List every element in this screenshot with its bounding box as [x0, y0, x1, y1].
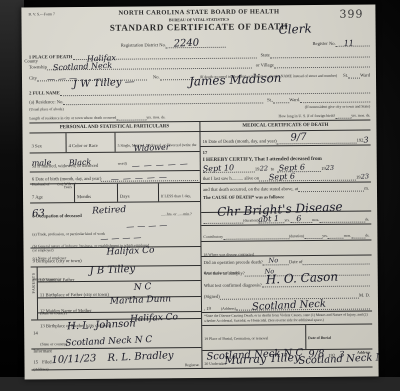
operation-label: Did an operation precede death?: [204, 260, 263, 266]
dod-line: 9/7: [277, 142, 357, 144]
father-value: J B Tilley: [90, 264, 136, 275]
filed-number: 15: [33, 359, 38, 364]
duration-ds-label: ds.: [365, 218, 369, 223]
age-months-cell: Months: [75, 183, 118, 201]
attended-to-value: Sept 6: [279, 163, 305, 171]
certify-block: 17 I HEREBY CERTIFY, That I attended dec…: [201, 145, 371, 183]
married-to-row: 5a If married, widowed, or divorced Husb…: [30, 152, 200, 172]
dod-year-printed: 192: [357, 138, 364, 144]
personal-column: PERSONAL AND STATISTICAL PARTICULARS 3 S…: [29, 122, 202, 369]
village-label: or Village: [256, 63, 274, 69]
sex-cell: 3 Sex male: [29, 133, 66, 152]
length-text: Length of residence in city or town wher…: [29, 116, 116, 121]
to-year-value: 23: [326, 166, 335, 172]
certificate-title: STANDARD CERTIFICATE OF DEATH: [29, 21, 370, 35]
contributory-row: Contributory (duration) yrs. mos. ds.: [201, 225, 371, 242]
operation-value: No: [269, 258, 279, 264]
age-years-cell: 7 Age Years 63: [30, 184, 75, 202]
photo-background: B. V. S.—Form 7 399 NORTH CAROLINA STATE…: [0, 0, 400, 391]
m-label: m.: [364, 185, 369, 191]
township-label: Township: [29, 65, 47, 71]
contrib-ds-line: [351, 237, 365, 238]
cause-label: The CAUSE OF DEATH* was as follows:: [203, 194, 284, 200]
father-bp-value: N C: [134, 283, 152, 292]
dob-label: 6 Date of birth (month, day, and year): [32, 176, 102, 182]
signed-address-row: , 19 (Address) Scotland Neck: [202, 299, 372, 313]
full-name-row: 2 FULL NAME J W Tilley — James Madison: [29, 80, 370, 97]
birthplace-label: 9 Birthplace (city or town): [33, 258, 82, 263]
dod-value: 9/7: [290, 132, 306, 142]
reg-district-label: Registration District No.: [121, 43, 166, 49]
occupation-label: 8 Occupation of deceased: [32, 213, 82, 218]
duration-mos-label: mos.: [312, 218, 319, 223]
color-cell: 4 Color or Race Black: [66, 133, 115, 152]
full-name-label: 2 FULL NAME: [29, 90, 60, 96]
contrib-yrs-line: [304, 238, 322, 239]
how-long-units: yrs. mos. ds.: [351, 114, 370, 119]
township-value: Scotland Neck: [53, 62, 112, 72]
informant-address-value: Scotland Neck N C: [65, 335, 152, 347]
contributory-label: Contributory: [203, 235, 223, 240]
sex-label: 3 Sex: [32, 144, 42, 149]
registrar-label: Registrar.: [185, 363, 200, 368]
clerk-handwriting: Clerk: [278, 23, 312, 35]
undertaker-address-value: Scotland Neck N C: [298, 352, 378, 365]
photo-edge-shade: [0, 0, 24, 391]
how-long-us-text: How long in U. S. if of foreign birth?: [278, 114, 335, 119]
color-label: 4 Color or Race: [69, 143, 98, 148]
contrib-mos-line: [328, 237, 344, 238]
certificate-header: B. V. S.—Form 7 399 NORTH CAROLINA STATE…: [28, 8, 369, 41]
age-row: 7 Age Years 63 Months Days If LESS than …: [30, 183, 200, 203]
st-line: [348, 78, 360, 79]
marital-value: Widower: [133, 144, 169, 153]
informant-value: H. L. Johnson: [67, 319, 136, 331]
residence-ward-label: Ward.: [289, 97, 300, 103]
duration-ds-line: [319, 222, 365, 223]
form-number: B. V. S.—Form 7: [28, 12, 54, 17]
burial-place-cell: 19 Place of Burial, Cremation, or remova…: [202, 325, 306, 350]
occupation-block: 8 Occupation of deceased (a) Trade, prof…: [30, 202, 200, 248]
filed-label: Filed: [42, 359, 51, 364]
length-units: yrs. mos. ds.: [146, 116, 165, 121]
last-saw-year-value: 23: [360, 174, 369, 180]
occupation-a-value: Retired: [92, 206, 126, 216]
signed-address-line: Scotland Neck: [236, 309, 370, 311]
filed-date-value: 10/11/23: [51, 354, 96, 365]
duration-yrs-line: abt 1: [258, 222, 284, 223]
dob-line: —————: [101, 180, 198, 182]
father-name-row: 10 Name of Father J B Tilley: [38, 266, 201, 282]
medical-column: MEDICAL CERTIFICATE OF DEATH 16 Date of …: [200, 121, 372, 368]
dod-label: 16 Date of Death (month, day, and year): [203, 138, 277, 144]
informant-number: 14: [33, 330, 38, 335]
marital-cell: 5 Single, Married, Widowed, or Divorced …: [115, 132, 199, 152]
ward-label: Ward: [360, 73, 370, 79]
residence-label: (a) Residence: No.: [29, 99, 63, 105]
informant-row: 14 Informant H. L. Johnson (Address) Sco…: [31, 319, 201, 349]
contrib-ds-label: ds.: [365, 233, 369, 238]
duration-label: (duration): [243, 219, 258, 224]
contributory-line: [223, 238, 289, 240]
filed-row: 15 Filed 10/11/23 R. L. Bradley Registra…: [31, 348, 201, 370]
street-no-label: No.: [153, 75, 160, 81]
certificate-columns: PERSONAL AND STATISTICAL PARTICULARS 3 S…: [29, 120, 372, 371]
date-of-death-row: 16 Date of Death (month, day, and year) …: [200, 131, 370, 147]
age-label: 7 Age: [32, 194, 43, 199]
physician-signature: H. O. Cason: [266, 271, 339, 285]
duration-mos-line: 6: [290, 222, 312, 223]
certify-number: 17: [203, 150, 208, 156]
parents-block: PARENTS 10 Name of Father J B Tilley 11 …: [31, 266, 201, 320]
last-saw-line: Sept 6: [259, 179, 356, 181]
undertaker-label: 20 Undertaker: [204, 362, 226, 367]
birthplace-value: Halifax Co: [106, 246, 154, 256]
sex-color-marital-row: 3 Sex male 4 Color or Race Black 5 Singl…: [29, 132, 199, 153]
state-label: State: [261, 53, 270, 59]
full-name-value: J W Tilley —: [73, 77, 135, 89]
residence-st-line: [273, 102, 289, 103]
death-certificate-document: B. V. S.—Form 7 399 NORTH CAROLINA STATE…: [21, 4, 378, 379]
years-label: Years: [63, 185, 72, 190]
county-label: County: [24, 59, 38, 65]
duration-pre-line: [203, 223, 243, 224]
undertaker-row: 20 Undertaker Murray Tilley Address Scot…: [202, 349, 372, 368]
full-name-annotation: James Madison: [189, 73, 282, 88]
burial-row: 19 Place of Burial, Cremation, or remova…: [202, 324, 372, 350]
city-label: City: [29, 76, 37, 82]
last-saw-text: that I last saw h.......... alive on: [203, 175, 259, 181]
signed-year-label: , 19: [204, 306, 211, 312]
reg-district-value: 2240: [174, 39, 200, 49]
autopsy-label: Was there an autopsy?: [204, 271, 245, 277]
dod-year-value: 3: [363, 136, 368, 143]
undertaker-value: Murray Tilley: [224, 353, 300, 366]
cause-of-death-block: and that death occurred, on the date sta…: [201, 182, 371, 212]
test-label: What test confirmed diagnosis?: [204, 282, 262, 288]
occupation-c-value: ————: [100, 234, 144, 243]
how-long-line: [335, 118, 351, 119]
last-saw-value: Sept 6: [269, 172, 295, 180]
duration2-label: (duration): [289, 234, 304, 239]
certificate-number-stamp: 399: [339, 8, 363, 21]
register-label: Register No.: [312, 41, 335, 47]
abode-note: (Usual place of abode): [29, 107, 64, 112]
mother-value: Martha Dunn: [110, 295, 171, 306]
days-label: Days: [120, 193, 129, 198]
married-value: —————: [132, 160, 192, 170]
parents-text: PARENTS: [31, 272, 36, 293]
mother-name-row: 12 Maiden Name of Mother Martha Dunn: [38, 297, 201, 313]
age-less-cell: If LESS than 1 day, ......hrs. or ......…: [159, 183, 200, 201]
burial-date-label: Date of Burial: [308, 336, 331, 340]
burial-place-label: 19 Place of Burial, Cremation, or remova…: [204, 336, 268, 341]
married-label: 5a If married, widowed, or divorced: [32, 163, 99, 169]
registrar-signature: R. L. Bradley: [107, 351, 173, 363]
occupation-b-value: ————: [126, 221, 170, 230]
age-days-cell: Days: [118, 183, 159, 201]
signed-address-label: (Address): [221, 306, 236, 311]
attended-from-value: Sept 10: [203, 164, 235, 173]
from-year-value: 22: [259, 166, 268, 172]
nonresident-note: (If nonresident give city or town and St…: [305, 105, 371, 110]
signed-label: (Signed): [204, 294, 220, 300]
dob-value: —————: [111, 173, 171, 183]
months-label: Months: [77, 194, 91, 199]
signed-address-value: Scotland Neck: [252, 300, 326, 312]
parents-rows: 10 Name of Father J B Tilley 11 Birthpla…: [38, 266, 201, 319]
contrib-mos-label: mos.: [344, 234, 351, 239]
duration-mos-value: 6: [296, 215, 301, 222]
occupation-a-label: (a) Trade, profession, or particular kin…: [32, 231, 105, 236]
burial-date-cell: Date of Burial 9/8 192 3: [306, 324, 372, 349]
duration-value: abt 1: [258, 215, 279, 223]
death-occurred-text: and that death occurred, on the date sta…: [203, 186, 298, 193]
to-label: to: [271, 166, 275, 172]
md-label: M. D.: [359, 293, 370, 299]
date-of-label: Date of: [289, 260, 303, 266]
father-bp-label: 11 Birthplace of Father (city or town): [40, 291, 109, 297]
register-value: 11: [344, 39, 354, 47]
disease-contracted-row: 18 Where was disease contracted if not a…: [201, 240, 371, 256]
